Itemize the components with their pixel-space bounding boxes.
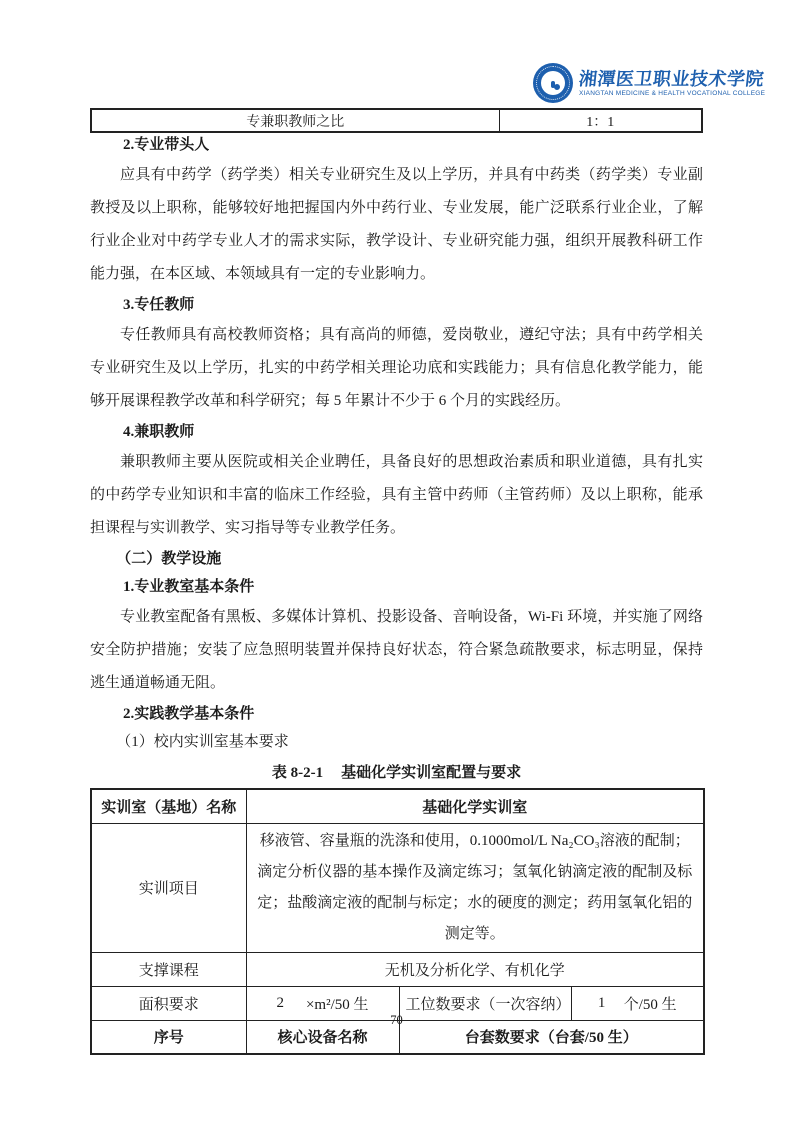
subheading-campus-labs: （1）校内实训室基本要求	[90, 728, 703, 756]
table-row: 实训项目 移液管、容量瓶的洗涤和使用，0.1000mol/L Na₂CO₃溶液的…	[91, 823, 704, 952]
table-caption-number: 表 8-2-1	[272, 765, 323, 781]
heading-classroom-conditions: 1.专业教室基本条件	[90, 573, 703, 601]
emblem-notch	[551, 81, 555, 88]
paragraph-fulltime-teachers: 专任教师具有高校教师资格；具有高尚的师德，爱岗敬业，遵纪守法；具有中药学相关专业…	[90, 319, 703, 418]
projects-value-cell: 移液管、容量瓶的洗涤和使用，0.1000mol/L Na₂CO₃溶液的配制；滴定…	[246, 823, 704, 952]
table-row: 支撑课程 无机及分析化学、有机化学	[91, 952, 704, 986]
emblem-inner-disc	[541, 71, 565, 95]
table-row: 实训室（基地）名称 基础化学实训室	[91, 789, 704, 823]
heading-parttime-teachers: 4.兼职教师	[90, 418, 703, 446]
table-caption: 表 8-2-1基础化学实训室配置与要求	[90, 758, 703, 788]
college-name-zh: 湘潭医卫职业技术学院	[578, 68, 766, 90]
table-caption-title: 基础化学实训室配置与要求	[341, 765, 521, 781]
emblem-core-ring	[554, 84, 560, 90]
heading-teaching-facilities: （二）教学设施	[90, 545, 703, 573]
workstation-unit: 个/50 生	[624, 993, 677, 1014]
lab-name-label-cell: 实训室（基地）名称	[91, 789, 246, 823]
paragraph-parttime-teachers: 兼职教师主要从医院或相关企业聘任，具备良好的思想政治素质和职业道德，具有扎实的中…	[90, 446, 703, 545]
paragraph-leader: 应具有中药学（药学类）相关专业研究生及以上学历，并具有中药类（药学类）专业副教授…	[90, 159, 703, 291]
projects-label-cell: 实训项目	[91, 823, 246, 952]
document-page: 湘潭医卫职业技术学院 XIANGTAN MEDICINE & HEALTH VO…	[0, 0, 793, 1122]
college-name-en: XIANGTAN MEDICINE & HEALTH VOCATIONAL CO…	[579, 90, 765, 98]
courses-value-cell: 无机及分析化学、有机化学	[246, 952, 704, 986]
document-body: 2.专业带头人 应具有中药学（药学类）相关专业研究生及以上学历，并具有中药类（药…	[90, 131, 703, 1055]
workstation-value: 1	[598, 995, 606, 1012]
college-logo: 湘潭医卫职业技术学院 XIANGTAN MEDICINE & HEALTH VO…	[533, 61, 743, 105]
heading-fulltime-teachers: 3.专任教师	[90, 291, 703, 319]
lab-name-value-cell: 基础化学实训室	[246, 789, 704, 823]
college-name-block: 湘潭医卫职业技术学院 XIANGTAN MEDICINE & HEALTH VO…	[579, 68, 765, 98]
table-row: 专兼职教师之比 1：1	[91, 109, 702, 132]
area-value: 2	[276, 995, 284, 1012]
heading-practice-conditions: 2.实践教学基本条件	[90, 700, 703, 728]
area-unit: ×m²/50 生	[306, 993, 369, 1014]
college-emblem-icon	[533, 63, 573, 103]
page-number: 70	[0, 1013, 793, 1028]
paragraph-classroom-conditions: 专业教室配备有黑板、多媒体计算机、投影设备、音响设备，Wi-Fi 环境，并实施了…	[90, 601, 703, 700]
ratio-value-cell: 1：1	[499, 109, 702, 132]
ratio-label-cell: 专兼职教师之比	[91, 109, 499, 132]
teacher-ratio-table: 专兼职教师之比 1：1	[90, 108, 703, 133]
courses-label-cell: 支撑课程	[91, 952, 246, 986]
heading-leader: 2.专业带头人	[90, 131, 703, 159]
